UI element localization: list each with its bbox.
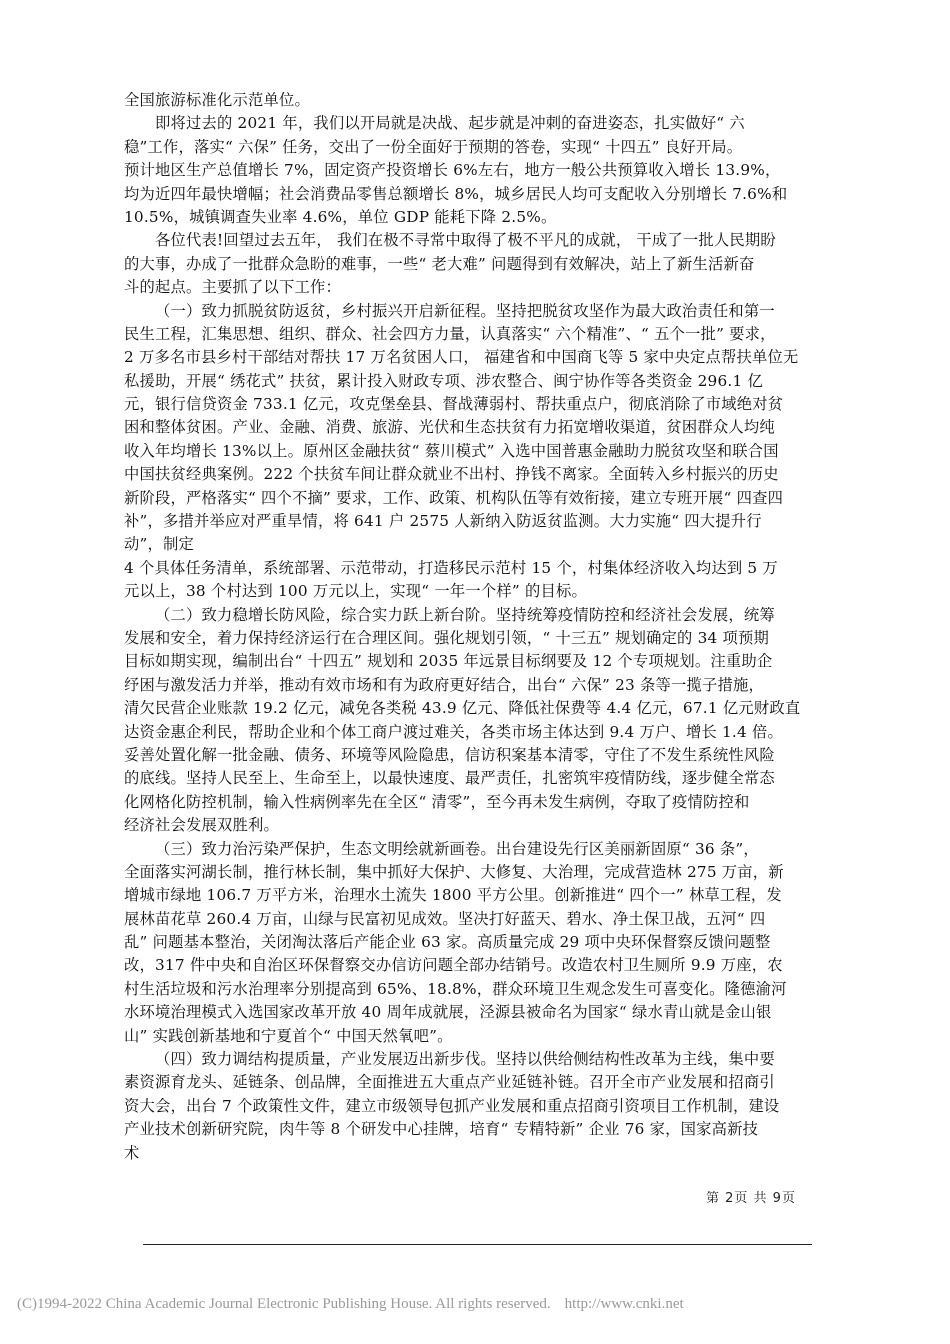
text-line: 产业技术创新研究院，肉牛等 8 个研发中心挂牌，培育“ 专精特新” 企业 76 … [124, 1118, 824, 1141]
text-line: 全面落实河湖长制，推行林长制，集中抓好大保护、大修复、大治理，完成营造林 275… [124, 861, 824, 884]
text-line: 乱” 问题基本整治，关闭淘汰落后产能企业 63 家。高质量完成 29 项中央环保… [124, 931, 824, 954]
text-line: 元，银行信贷资金 733.1 亿元，攻克堡垒县、督战薄弱村、帮扶重点户，彻底消除… [124, 393, 824, 416]
text-line: 资大会，出台 7 个政策性文件，建立市级领导包抓产业发展和重点招商引资项目工作机… [124, 1095, 824, 1118]
text-line: 10.5%，城镇调查失业率 4.6%，单位 GDP 能耗下降 2.5%。 [124, 206, 824, 229]
text-line: 改，317 件中央和自治区环保督察交办信访问题全部办结销号。改造农村卫生厕所 9… [124, 954, 824, 977]
text-line: 村生活垃圾和污水治理率分别提高到 65%、18.8%，群众环境卫生观念发生可喜变… [124, 978, 824, 1001]
text-line: 的大事，办成了一批群众急盼的难事，一些“ 老大难” 问题得到有效解决，站上了新生… [124, 253, 824, 276]
footer-divider [143, 1244, 812, 1245]
text-line: 稳”工作，落实“ 六保” 任务，交出了一份全面好于预期的答卷，实现“ 十四五” … [124, 136, 824, 159]
text-line: 私援助，开展“ 绣花式” 扶贫，累计投入财政专项、涉农整合、闽宁协作等各类资金 … [124, 370, 824, 393]
text-line: 元以上，38 个村达到 100 万元以上，实现“ 一年一个样” 的目标。 [124, 580, 824, 603]
text-line: 妥善处置化解一批金融、债务、环境等风险隐患，信访积案基本清零，守住了不发生系统性… [124, 744, 824, 767]
text-line: 清欠民营企业账款 19.2 亿元，减免各类税 43.9 亿元、降低社保费等 4.… [124, 697, 824, 720]
text-line: 水环境治理模式入选国家改革开放 40 周年成就展，泾源县被命名为国家“ 绿水青山… [124, 1001, 824, 1024]
text-line: 2 万多名市县乡村干部结对帮扶 17 万名贫困人口， 福建省和中国商飞等 5 家… [124, 346, 824, 369]
text-line: 的底线。坚持人民至上、生命至上，以最快速度、最严责任，扎密筑牢疫情防线，逐步健全… [124, 767, 824, 790]
copyright-text: (C)1994-2022 China Academic Journal Elec… [17, 1296, 551, 1312]
paragraph-first-line: （一）致力抓脱贫防返贫，乡村振兴开启新征程。坚持把脱贫攻坚作为最大政治责任和第一 [124, 300, 824, 323]
text-line: 中国扶贫经典案例。222 个扶贫车间让群众就业不出村、挣钱不离家。全面转入乡村振… [124, 463, 824, 486]
text-line: 目标如期实现，编制出台“ 十四五” 规划和 2035 年远景目标纲要及 12 个… [124, 650, 824, 673]
paragraph-first-line: （二）致力稳增长防风险，综合实力跃上新台阶。坚持统筹疫情防控和经济社会发展，统筹 [124, 604, 824, 627]
page-number: 第 2页 共 9页 [706, 1187, 796, 1206]
source-url: http://www.cnki.net [565, 1296, 684, 1312]
text-line: 全国旅游标准化示范单位。 [124, 89, 824, 112]
text-line: 预计地区生产总值增长 7%，固定资产投资增长 6%左右，地方一般公共预算收入增长… [124, 159, 824, 182]
text-line: 民生工程，汇集思想、组织、群众、社会四方力量，认真落实“ 六个精准”、“ 五个一… [124, 323, 824, 346]
text-line: 斗的起点。主要抓了以下工作： [124, 276, 824, 299]
copyright-notice: (C)1994-2022 China Academic Journal Elec… [17, 1296, 684, 1313]
text-line: 山” 实践创新基地和宁夏首个“ 中国天然氧吧”。 [124, 1025, 824, 1048]
text-line: 均为近四年最快增幅；社会消费品零售总额增长 8%，城乡居民人均可支配收入分别增长… [124, 183, 824, 206]
paragraph-first-line: （四）致力调结构提质量，产业发展迈出新步伐。坚持以供给侧结构性改革为主线，集中要 [124, 1048, 824, 1071]
text-line: 困和整体贫困。产业、金融、消费、旅游、光伏和生态扶贫有力拓宽增收渠道，贫困群众人… [124, 416, 824, 439]
paragraph-first-line: （三）致力治污染严保护，生态文明绘就新画卷。出台建设先行区美丽新固原“ 36 条… [124, 838, 824, 861]
text-line: 4 个具体任务清单，系统部署、示范带动，打造移民示范村 15 个，村集体经济收入… [124, 557, 824, 580]
text-line: 增城市绿地 106.7 万平方米，治理水土流失 1800 平方公里。创新推进“ … [124, 884, 824, 907]
text-line: 经济社会发展双胜利。 [124, 814, 824, 837]
paragraph-first-line: 即将过去的 2021 年，我们以开局就是决战、起步就是冲刺的奋进姿态，扎实做好“… [124, 112, 824, 135]
text-line: 补”，多措并举应对严重旱情，将 641 户 2575 人新纳入防返贫监测。大力实… [124, 510, 824, 533]
text-line: 术 [124, 1142, 824, 1165]
paragraph-first-line: 各位代表!回望过去五年， 我们在极不寻常中取得了极不平凡的成就， 干成了一批人民… [124, 229, 824, 252]
text-line: 素资源育龙头、延链条、创品牌，全面推进五大重点产业延链补链。召开全市产业发展和招… [124, 1071, 824, 1094]
text-line: 动”，制定 [124, 533, 824, 556]
document-body: 全国旅游标准化示范单位。即将过去的 2021 年，我们以开局就是决战、起步就是冲… [124, 89, 824, 1165]
text-line: 发展和安全，着力保持经济运行在合理区间。强化规划引领，“ 十三五” 规划确定的 … [124, 627, 824, 650]
text-line: 新阶段，严格落实“ 四个不摘” 要求，工作、政策、机构队伍等有效衔接，建立专班开… [124, 487, 824, 510]
text-line: 化网格化防控机制，输入性病例率先在全区“ 清零”，至今再未发生病例，夺取了疫情防… [124, 791, 824, 814]
text-line: 达资金惠企利民，帮助企业和个体工商户渡过难关，各类市场主体达到 9.4 万户、增… [124, 721, 824, 744]
text-line: 纾困与激发活力并举，推动有效市场和有为政府更好结合，出台“ 六保” 23 条等一… [124, 674, 824, 697]
text-line: 展林苗花草 260.4 万亩，山绿与民富初见成效。坚决打好蓝天、碧水、净土保卫战… [124, 908, 824, 931]
text-line: 收入年均增长 13%以上。原州区金融扶贫“ 蔡川模式” 入选中国普惠金融助力脱贫… [124, 440, 824, 463]
